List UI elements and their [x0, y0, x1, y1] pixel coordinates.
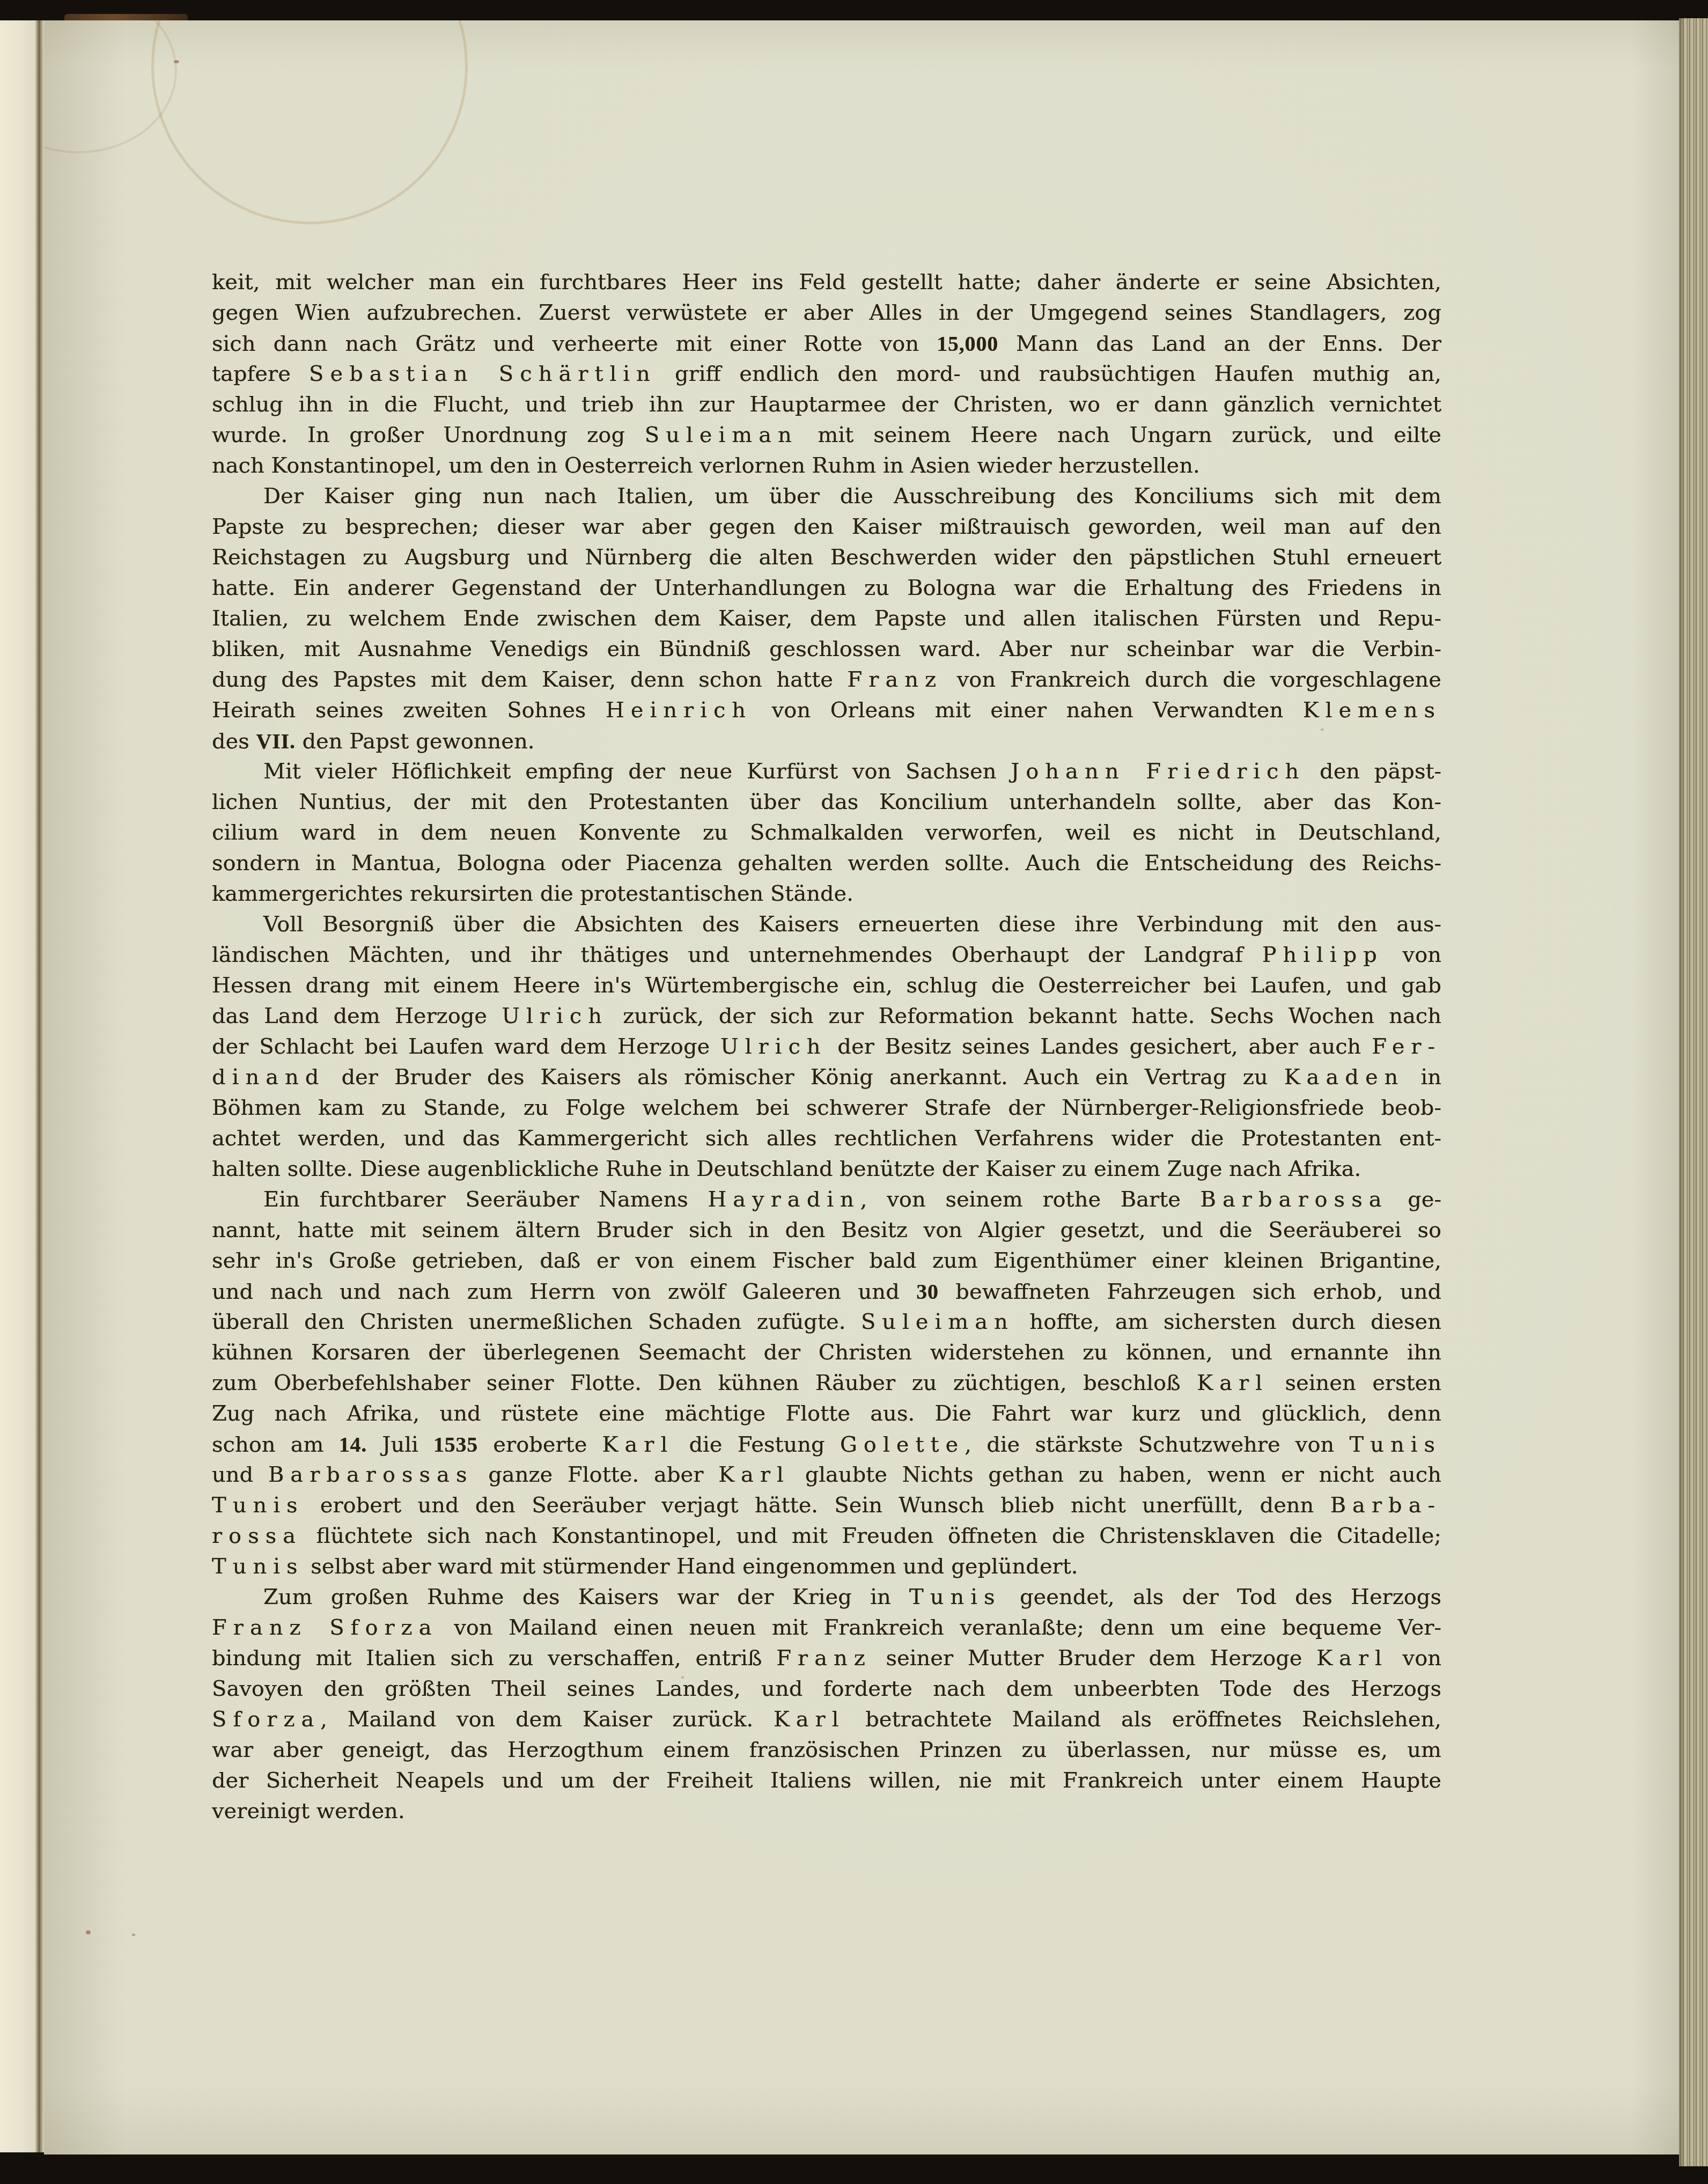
text-line: und nach und nach zum Herrn von zwölf Ga… — [212, 1276, 1441, 1307]
body-text: des — [212, 729, 256, 754]
body-text: Juli — [367, 1432, 433, 1457]
body-text: schon am — [212, 1432, 339, 1457]
scanner-background: { "colors": { "paper": "#dedecb", "adjac… — [0, 0, 1708, 2184]
spaced-name: Kaaden — [1284, 1065, 1405, 1090]
body-text: zum Oberbefehlshaber seiner Flotte. Den … — [212, 1371, 1197, 1395]
text-line: ländischen Mächten, und ihr thätiges und… — [212, 940, 1441, 970]
spaced-name: Karl — [1197, 1371, 1269, 1395]
text-line: sondern in Mantua, Bologna oder Piacenza… — [212, 848, 1441, 879]
text-line: bliken, mit Ausnahme Venedigs ein Bündni… — [212, 634, 1441, 665]
body-text: kammergerichtes rekursirten die protesta… — [212, 881, 853, 906]
body-text: betrachtete Mailand als eröffnetes Reich… — [845, 1707, 1441, 1732]
body-text: eroberte — [478, 1432, 602, 1457]
body-text: kühnen Korsaren der überlegenen Seemacht… — [212, 1340, 1441, 1365]
spaced-name: Tunis — [212, 1493, 304, 1518]
body-text: sondern in Mantua, Bologna oder Piacenza… — [212, 851, 1441, 876]
body-text: , Mailand von dem Kaiser zurück. — [320, 1707, 774, 1732]
body-text: und nach und nach zum Herrn von zwölf Ga… — [212, 1279, 916, 1304]
text-line: schon am 14. Juli 1535 eroberte Karl die… — [212, 1429, 1441, 1460]
foxing-speck — [174, 60, 179, 63]
body-text: gegen Wien aufzubrechen. Zuerst verwüste… — [212, 300, 1441, 325]
text-line: Italien, zu welchem Ende zwischen dem Ka… — [212, 604, 1441, 634]
text-line: Ein furchtbarer Seeräuber Namens Hayradi… — [212, 1185, 1441, 1215]
text-line: bindung mit Italien sich zu verschaffen,… — [212, 1643, 1441, 1674]
body-text: ganze Flotte. aber — [473, 1462, 718, 1487]
body-text: Reichstagen zu Augsburg und Nürnberg die… — [212, 545, 1441, 570]
body-text: glaubte Nichts gethan zu haben, wenn er … — [790, 1462, 1441, 1487]
text-line: schlug ihn in die Flucht, und trieb ihn … — [212, 389, 1441, 420]
spaced-name: Sebastian Schärtlin — [309, 362, 657, 386]
text-line: Hessen drang mit einem Heere in's Würtem… — [212, 970, 1441, 1001]
body-text: schlug ihn in die Flucht, und trieb ihn … — [212, 392, 1441, 417]
spaced-name: Philipp — [1262, 943, 1383, 967]
body-text: von Mailand einen neuen mit Frankreich v… — [438, 1615, 1441, 1640]
text-line: achtet werden, und das Kammergericht sic… — [212, 1123, 1441, 1154]
body-text: von — [1388, 1646, 1441, 1671]
gutter-crease — [35, 20, 44, 2152]
paragraph: keit, mit welcher man ein furchtbares He… — [212, 267, 1441, 481]
antiqua-numeral: 15,000 — [937, 332, 998, 356]
text-line: dung des Papstes mit dem Kaiser, denn sc… — [212, 665, 1441, 695]
body-text: das Land dem Herzoge — [212, 1004, 502, 1028]
spaced-name: Karl — [1316, 1646, 1388, 1671]
body-text: griff endlich den mord- und raubsüchtige… — [657, 362, 1441, 386]
text-line: überall den Christen unermeßlichen Schad… — [212, 1307, 1441, 1337]
body-text: achtet werden, und das Kammergericht sic… — [212, 1126, 1441, 1151]
text-line: keit, mit welcher man ein furchtbares He… — [212, 267, 1441, 298]
text-line: Tunis selbst aber ward mit stürmender Ha… — [212, 1551, 1441, 1582]
text-line: Tunis erobert und den Seeräuber verjagt … — [212, 1490, 1441, 1521]
spaced-name: Ulrich — [720, 1034, 827, 1059]
spaced-name: Karl — [602, 1432, 674, 1457]
antiqua-numeral: 30 — [916, 1279, 939, 1304]
text-line: cilium ward in dem neuen Konvente zu Sch… — [212, 818, 1441, 848]
body-text: der Sicherheit Neapels und um der Freihe… — [212, 1768, 1441, 1793]
body-text: wurde. In großer Unordnung zog — [212, 423, 645, 447]
text-line: Papste zu besprechen; dieser war aber ge… — [212, 512, 1441, 542]
body-text: tapfere — [212, 362, 309, 386]
body-text: die Festung — [674, 1432, 840, 1457]
body-text: Savoyen den größten Theil seines Landes,… — [212, 1676, 1441, 1701]
spaced-name: Franz — [776, 1646, 872, 1671]
text-line: Sforza, Mailand von dem Kaiser zurück. K… — [212, 1704, 1441, 1735]
body-text: Hessen drang mit einem Heere in's Würtem… — [212, 973, 1441, 998]
body-text: geendet, als der Tod des Herzogs — [1002, 1585, 1441, 1609]
body-text: seiner Mutter Bruder dem Herzoge — [872, 1646, 1316, 1671]
spaced-name: Tunis — [909, 1585, 1002, 1609]
spaced-name: Heinrich — [606, 698, 752, 723]
spaced-name: Franz Sforza — [212, 1615, 438, 1640]
foxing-speck — [86, 1930, 91, 1935]
body-text: Zum großen Ruhme des Kaisers war der Kri… — [263, 1585, 909, 1609]
body-text: Mit vieler Höflichkeit empfing der neue … — [263, 759, 1011, 784]
spaced-name: Tunis — [1350, 1432, 1442, 1457]
text-line: das Land dem Herzoge Ulrich zurück, der … — [212, 1001, 1441, 1032]
body-text: von — [1383, 943, 1441, 967]
paragraph: Zum großen Ruhme des Kaisers war der Kri… — [212, 1582, 1441, 1827]
body-text: keit, mit welcher man ein furchtbares He… — [212, 270, 1441, 295]
body-text: Zug nach Afrika, und rüstete eine mächti… — [212, 1401, 1441, 1426]
body-text: ge- — [1388, 1187, 1441, 1212]
text-line: Franz Sforza von Mailand einen neuen mit… — [212, 1613, 1441, 1643]
spaced-name: Barba- — [1330, 1493, 1441, 1518]
text-line: Zug nach Afrika, und rüstete eine mächti… — [212, 1399, 1441, 1429]
text-line: kammergerichtes rekursirten die protesta… — [212, 879, 1441, 909]
spaced-name: Karl — [774, 1707, 845, 1732]
text-line: nach Konstantinopel, um den in Oesterrei… — [212, 451, 1441, 481]
body-text: von Frankreich durch die vorgeschlagene — [943, 667, 1441, 692]
body-text: nach Konstantinopel, um den in Oesterrei… — [212, 453, 1200, 478]
foxing-speck — [132, 1933, 135, 1936]
text-line: dinand der Bruder des Kaisers als römisc… — [212, 1062, 1441, 1093]
text-line: zum Oberbefehlshaber seiner Flotte. Den … — [212, 1368, 1441, 1399]
body-text: und — [212, 1462, 268, 1487]
spaced-name: Golette — [840, 1432, 965, 1457]
body-text: der Schlacht bei Laufen ward dem Herzoge — [212, 1034, 720, 1059]
body-text: erobert und den Seeräuber verjagt hätte.… — [304, 1493, 1330, 1518]
body-text: in — [1404, 1065, 1441, 1090]
body-text: bliken, mit Ausnahme Venedigs ein Bündni… — [212, 637, 1441, 661]
text-line: halten sollte. Diese augenblickliche Ruh… — [212, 1154, 1441, 1185]
text-line: Der Kaiser ging nun nach Italien, um übe… — [212, 481, 1441, 512]
spaced-name: Tunis — [212, 1554, 304, 1579]
text-line: sich dann nach Grätz und verheerte mit e… — [212, 328, 1441, 359]
text-line: lichen Nuntius, der mit den Protestanten… — [212, 787, 1441, 818]
spaced-name: Johann Friedrich — [1011, 759, 1305, 784]
body-text: den Papst gewonnen. — [296, 729, 535, 754]
text-line: rossa flüchtete sich nach Konstantinopel… — [212, 1521, 1441, 1551]
body-text: vereinigt werden. — [212, 1799, 405, 1823]
text-line: Böhmen kam zu Stande, zu Folge welchem b… — [212, 1093, 1441, 1123]
paragraph: Voll Besorgniß über die Absichten des Ka… — [212, 909, 1441, 1185]
stain — [151, 20, 468, 224]
body-text: hatte. Ein anderer Gegenstand der Unterh… — [212, 576, 1441, 600]
body-text: den päpst- — [1305, 759, 1441, 784]
text-line: nannt, hatte mit seinem ältern Bruder si… — [212, 1215, 1441, 1246]
body-text: sehr in's Große getrieben, daß er von ei… — [212, 1248, 1441, 1273]
body-text: der Besitz seines Landes gesichert, aber… — [827, 1034, 1372, 1059]
spaced-name: Hayradin — [708, 1187, 860, 1212]
body-text: , von seinem rothe Barte — [860, 1187, 1201, 1212]
body-text: mit seinem Heere nach Ungarn zurück, und… — [798, 423, 1441, 447]
text-line: vereinigt werden. — [212, 1796, 1441, 1827]
body-text: von Orleans mit einer nahen Verwandten — [752, 698, 1303, 723]
body-text: überall den Christen unermeßlichen Schad… — [212, 1310, 861, 1334]
spaced-name: Fer- — [1372, 1034, 1441, 1059]
body-text: Heirath seines zweiten Sohnes — [212, 698, 606, 723]
body-text: seinen ersten — [1269, 1371, 1441, 1395]
body-text: nannt, hatte mit seinem ältern Bruder si… — [212, 1218, 1441, 1242]
body-text: Voll Besorgniß über die Absichten des Ka… — [263, 912, 1441, 937]
spaced-name: Barbarossa — [1201, 1187, 1388, 1212]
text-line: Reichstagen zu Augsburg und Nürnberg die… — [212, 542, 1441, 573]
spaced-name: Karl — [718, 1462, 790, 1487]
paragraph: Der Kaiser ging nun nach Italien, um übe… — [212, 481, 1441, 756]
body-text: Italien, zu welchem Ende zwischen dem Ka… — [212, 606, 1441, 631]
antiqua-numeral: 1535 — [433, 1432, 478, 1457]
body-text: bindung mit Italien sich zu verschaffen,… — [212, 1646, 776, 1671]
body-text: flüchtete sich nach Konstantinopel, und … — [302, 1524, 1441, 1548]
text-line: war aber geneigt, das Herzogthum einem f… — [212, 1735, 1441, 1766]
spaced-name: Franz — [848, 667, 943, 692]
body-text: halten sollte. Diese augenblickliche Ruh… — [212, 1157, 1361, 1181]
paragraph: Mit vieler Höflichkeit empfing der neue … — [212, 756, 1441, 909]
text-line: der Schlacht bei Laufen ward dem Herzoge… — [212, 1032, 1441, 1062]
body-text: ländischen Mächten, und ihr thätiges und… — [212, 943, 1262, 967]
text-line: hatte. Ein anderer Gegenstand der Unterh… — [212, 573, 1441, 604]
body-text: , die stärkste Schutzwehre von — [965, 1432, 1349, 1457]
spaced-name: Barbarossas — [268, 1462, 473, 1487]
body-text: bewaffneten Fahrzeugen sich erhob, und — [939, 1279, 1441, 1304]
body-text: Mann das Land an der Enns. Der — [998, 332, 1441, 356]
body-text: Böhmen kam zu Stande, zu Folge welchem b… — [212, 1095, 1441, 1120]
text-line: tapfere Sebastian Schärtlin griff endlic… — [212, 359, 1441, 389]
body-text: der Bruder des Kaisers als römischer Kön… — [325, 1065, 1284, 1090]
text-line: Mit vieler Höflichkeit empfing der neue … — [212, 756, 1441, 787]
spaced-name: Suleiman — [645, 423, 798, 447]
text-line: Voll Besorgniß über die Absichten des Ka… — [212, 909, 1441, 940]
spaced-name: dinand — [212, 1065, 325, 1090]
body-text: sich dann nach Grätz und verheerte mit e… — [212, 332, 937, 356]
text-line: Zum großen Ruhme des Kaisers war der Kri… — [212, 1582, 1441, 1613]
stain — [44, 20, 177, 153]
adjacent-page-edge — [0, 20, 35, 2152]
body-text: lichen Nuntius, der mit den Protestanten… — [212, 790, 1441, 814]
spaced-name: Suleiman — [861, 1310, 1014, 1334]
spaced-name: Ulrich — [502, 1004, 608, 1028]
antiqua-numeral: 14. — [339, 1432, 367, 1457]
antiqua-numeral: VII. — [256, 729, 296, 753]
text-line: des VII. den Papst gewonnen. — [212, 726, 1441, 756]
text-block: keit, mit welcher man ein furchtbares He… — [212, 267, 1441, 1827]
spaced-name: Klemens — [1303, 698, 1441, 723]
body-text: selbst aber ward mit stürmender Hand ein… — [304, 1554, 1078, 1579]
book-page: keit, mit welcher man ein furchtbares He… — [44, 20, 1679, 2154]
body-text: dung des Papstes mit dem Kaiser, denn sc… — [212, 667, 848, 692]
body-text: cilium ward in dem neuen Konvente zu Sch… — [212, 820, 1441, 845]
text-line: gegen Wien aufzubrechen. Zuerst verwüste… — [212, 298, 1441, 328]
text-line: sehr in's Große getrieben, daß er von ei… — [212, 1246, 1441, 1276]
text-line: kühnen Korsaren der überlegenen Seemacht… — [212, 1337, 1441, 1368]
text-line: Savoyen den größten Theil seines Landes,… — [212, 1674, 1441, 1704]
body-text: war aber geneigt, das Herzogthum einem f… — [212, 1738, 1441, 1762]
text-line: der Sicherheit Neapels und um der Freihe… — [212, 1766, 1441, 1796]
spaced-name: rossa — [212, 1524, 302, 1548]
text-line: wurde. In großer Unordnung zog Suleiman … — [212, 420, 1441, 451]
text-line: und Barbarossas ganze Flotte. aber Karl … — [212, 1460, 1441, 1490]
page-stack-fore-edge — [1679, 18, 1708, 2166]
body-text: Der Kaiser ging nun nach Italien, um übe… — [263, 484, 1441, 509]
text-line: Heirath seines zweiten Sohnes Heinrich v… — [212, 695, 1441, 726]
spaced-name: Sforza — [212, 1707, 320, 1732]
body-text: zurück, der sich zur Reformation bekannt… — [608, 1004, 1441, 1028]
body-text: Papste zu besprechen; dieser war aber ge… — [212, 514, 1441, 539]
body-text: Ein furchtbarer Seeräuber Namens — [263, 1187, 708, 1212]
body-text: hoffte, am sichersten durch diesen — [1014, 1310, 1441, 1334]
paragraph: Ein furchtbarer Seeräuber Namens Hayradi… — [212, 1185, 1441, 1582]
